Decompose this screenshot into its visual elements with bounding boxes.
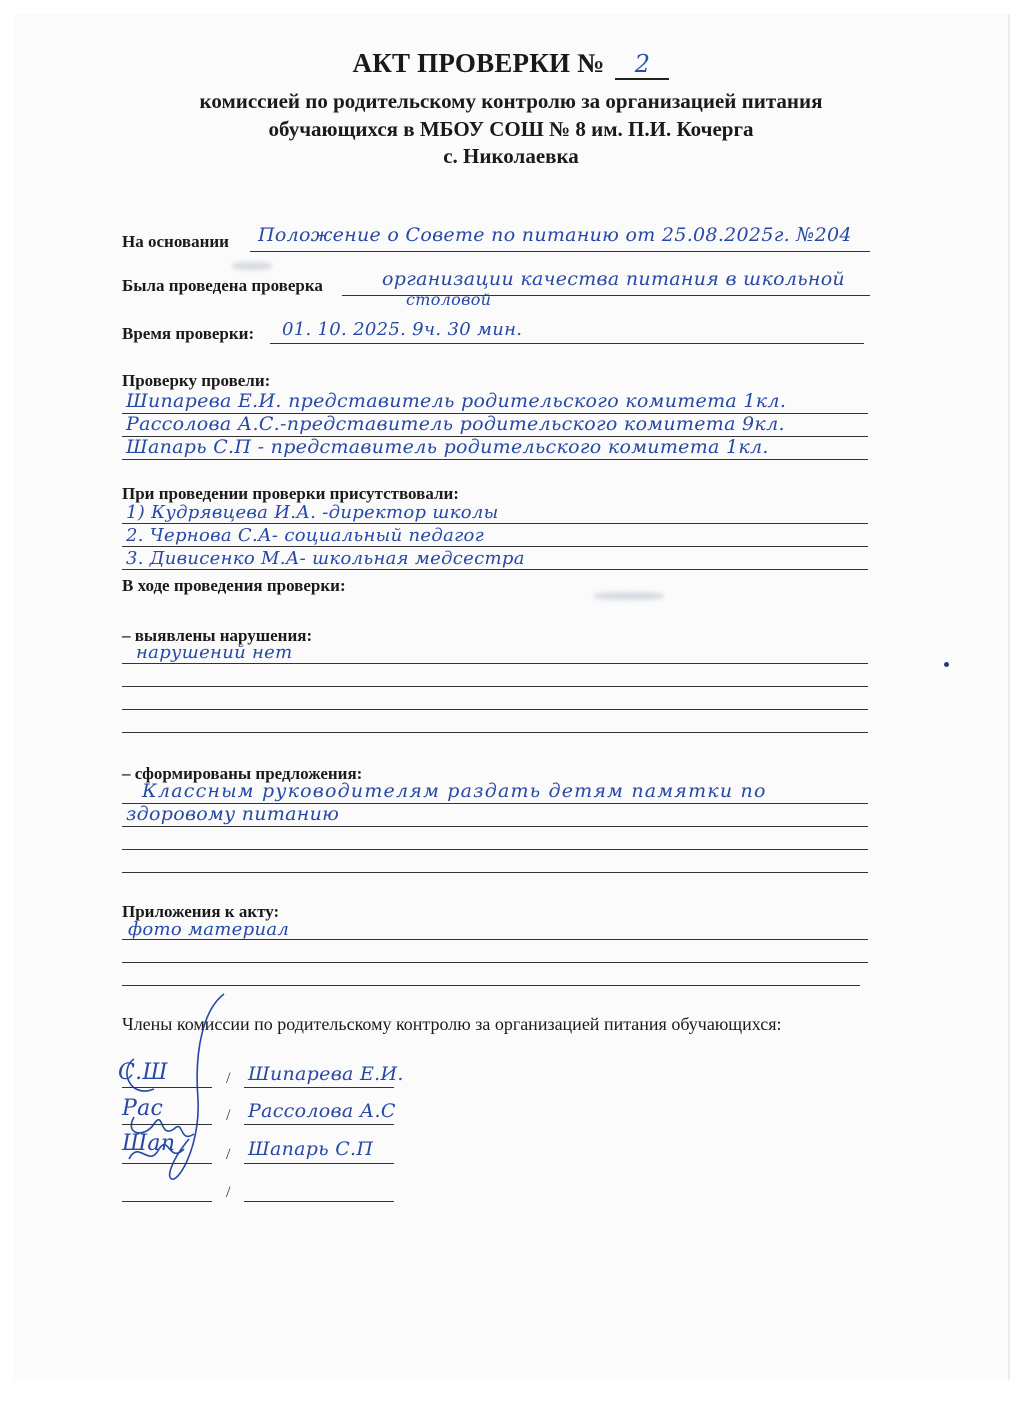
title-prefix: АКТ ПРОВЕРКИ № xyxy=(353,48,605,78)
subtitle-line-2: обучающихся в МБОУ СОШ № 8 им. П.И. Коче… xyxy=(14,117,1008,142)
inspector-entry[interactable]: Рассолова А.С.-представитель родительско… xyxy=(126,413,785,435)
inspection-subject-value-1[interactable]: организации качества питания в школьной xyxy=(382,268,845,290)
inspection-subject-label: Была проведена проверка xyxy=(122,276,323,296)
inspection-time-value[interactable]: 01. 10. 2025. 9ч. 30 мин. xyxy=(282,319,522,340)
basis-underline xyxy=(250,251,870,252)
member-separator: / xyxy=(226,1070,230,1088)
member-signature-line xyxy=(122,1124,212,1125)
present-entry[interactable]: 1) Кудрявцева И.А. -директор школы xyxy=(126,502,499,523)
inspectors-line-3 xyxy=(122,459,868,460)
member-signature[interactable]: С.Ш xyxy=(118,1060,168,1085)
inspection-time-underline xyxy=(270,343,864,344)
basis-label: На основании xyxy=(122,232,229,252)
proposals-line-2 xyxy=(122,826,868,827)
attachments-entry[interactable]: фото материал xyxy=(128,919,289,940)
inspection-time-label: Время проверки: xyxy=(122,324,254,344)
attachments-line-2 xyxy=(122,962,868,963)
member-signature-line[interactable] xyxy=(122,1201,212,1202)
violations-line-1 xyxy=(122,663,868,664)
member-name-line xyxy=(244,1163,394,1164)
violations-line-2 xyxy=(122,686,868,687)
proposals-line-4 xyxy=(122,872,868,873)
proposals-entry[interactable]: здоровому питанию xyxy=(126,803,339,825)
act-number: 2 xyxy=(615,50,669,80)
member-signature-line xyxy=(122,1163,212,1164)
during-label: В ходе проведения проверки: xyxy=(122,576,346,596)
inspectors-label: Проверку провели: xyxy=(122,371,270,391)
member-separator: / xyxy=(226,1146,230,1164)
basis-value[interactable]: Положение о Совете по питанию от 25.08.2… xyxy=(258,224,852,246)
present-entry[interactable]: 2. Чернова С.А- социальный педагог xyxy=(126,525,484,546)
present-line-2 xyxy=(122,546,868,547)
member-signature-line xyxy=(122,1087,212,1088)
member-name-line[interactable] xyxy=(244,1201,394,1202)
member-name-line xyxy=(244,1087,394,1088)
scan-smudge xyxy=(232,262,272,270)
document-page: АКТ ПРОВЕРКИ № 2 комиссией по родительск… xyxy=(14,14,1010,1380)
member-separator: / xyxy=(226,1184,230,1202)
subtitle-line-3: с. Николаевка xyxy=(14,144,1008,169)
ink-speck xyxy=(944,662,949,667)
member-name[interactable]: Шапарь С.П xyxy=(248,1138,373,1160)
member-name[interactable]: Рассолова А.С xyxy=(248,1100,396,1122)
inspector-entry[interactable]: Шипарева Е.И. представитель родительског… xyxy=(126,390,786,412)
proposals-entry[interactable]: Классным руководителям раздать детям пам… xyxy=(142,780,767,802)
member-name[interactable]: Шипарева Е.И. xyxy=(248,1063,404,1085)
document-title: АКТ ПРОВЕРКИ № 2 xyxy=(14,48,1008,80)
member-signature[interactable]: Рас xyxy=(122,1096,163,1121)
member-name-line xyxy=(244,1124,394,1125)
subtitle-line-1: комиссией по родительскому контролю за о… xyxy=(14,89,1008,114)
member-separator: / xyxy=(226,1107,230,1125)
violations-entry[interactable]: нарушений нет xyxy=(136,642,293,663)
signature-scribble-icon xyxy=(114,989,244,1189)
inspection-subject-value-2[interactable]: столовой xyxy=(406,290,491,309)
present-label: При проведении проверки присутствовали: xyxy=(122,484,459,504)
violations-line-3 xyxy=(122,709,868,710)
member-signature[interactable]: Шап xyxy=(122,1131,175,1156)
present-entry[interactable]: 3. Дивисенко М.А- школьная медсестра xyxy=(126,548,525,569)
proposals-line-3 xyxy=(122,849,868,850)
inspector-entry[interactable]: Шапарь С.П - представитель родительского… xyxy=(126,436,769,458)
violations-line-4 xyxy=(122,732,868,733)
present-line-3 xyxy=(122,569,868,570)
scan-smudge xyxy=(594,592,664,600)
attachments-line-3 xyxy=(122,985,860,986)
present-line-1 xyxy=(122,523,868,524)
